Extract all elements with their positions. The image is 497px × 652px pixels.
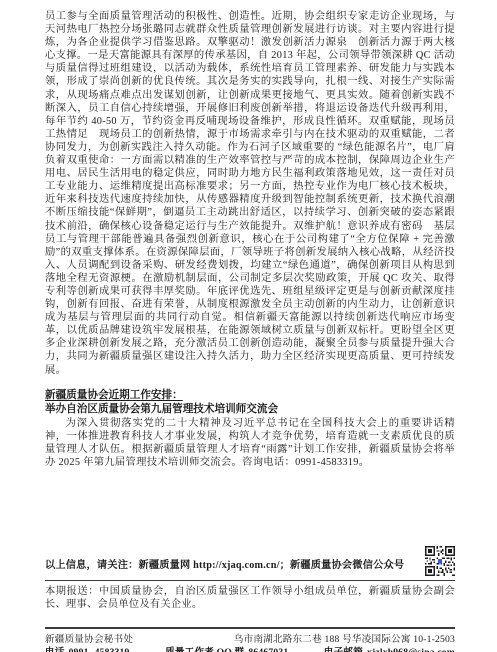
newsletter-page: 员工参与全面质量管理活动的积极性、创造性。近期，协会组织专家走访企业现场，与天河… <box>0 0 497 652</box>
email-label: 电子邮箱 <box>324 647 363 652</box>
qq-group-label: 质量工作者 QQ 群 <box>165 647 244 652</box>
contact-row-bottom: 电话0991- 4583319 质量工作者 QQ 群86467031 电子邮箱x… <box>45 647 455 652</box>
footer-divider-thin <box>45 580 455 581</box>
qq-group-cell: 质量工作者 QQ 群86467031 <box>165 647 288 652</box>
contact-row-top: 新疆质量协会秘书处 乌市南湖北路东二巷 188 号华凌国际公寓 10-1-250… <box>45 634 455 647</box>
article-content: 员工参与全面质量管理活动的积极性、创造性。近期，协会组织专家走访企业现场，与天河… <box>45 10 455 470</box>
org-name: 新疆质量协会秘书处 <box>45 634 133 647</box>
notice-prefix: 以上信息，请关注：新疆质量网 <box>45 560 193 571</box>
contact-block: 新疆质量协会秘书处 乌市南湖北路东二巷 188 号华凌国际公寓 10-1-250… <box>45 634 455 652</box>
distribution-line: 本期报送：中国质量协会，自治区质量强区工作领导小组成员单位，新疆质量协会副会长、… <box>45 585 455 612</box>
phone-cell: 电话0991- 4583319 <box>45 647 130 652</box>
wechat-qr-code-icon <box>425 546 455 576</box>
event-paragraph: 为深入贯彻落实党的二十大精神及习近平总书记在全国科技大会上的重要讲话精神，一体推… <box>45 417 455 469</box>
phone-value: 0991- 4583319 <box>69 647 130 652</box>
website-link[interactable]: http://xjaq.com.cn/ <box>193 560 279 571</box>
newsletter-footer: 以上信息，请关注：新疆质量网 http://xjaq.com.cn/；新疆质量协… <box>45 546 455 652</box>
announcement-section: 新疆质量协会近期工作安排： 举办自治区质量协会第九届管理技术培训师交流会 为深入… <box>45 389 455 470</box>
org-address: 乌市南湖北路东二巷 188 号华凌国际公寓 10-1-2503 <box>234 634 455 647</box>
footer-notice-row: 以上信息，请关注：新疆质量网 http://xjaq.com.cn/；新疆质量协… <box>45 546 455 578</box>
notice-suffix: ；新疆质量协会微信公众号 <box>280 560 405 571</box>
announcement-heading: 新疆质量协会近期工作安排： <box>45 389 455 403</box>
email-value: xjzlxh968@sina.com <box>367 647 455 652</box>
qq-group-value: 86467031 <box>248 647 288 652</box>
phone-label: 电话 <box>45 647 65 652</box>
email-cell: 电子邮箱xjzlxh968@sina.com <box>324 647 455 652</box>
article-continuation-paragraph: 员工参与全面质量管理活动的积极性、创造性。近期，协会组织专家走访企业现场，与天河… <box>45 10 455 377</box>
footer-divider-thick <box>45 627 455 629</box>
footer-notice-line: 以上信息，请关注：新疆质量网 http://xjaq.com.cn/；新疆质量协… <box>45 546 455 572</box>
event-title: 举办自治区质量协会第九届管理技术培训师交流会 <box>45 403 455 417</box>
